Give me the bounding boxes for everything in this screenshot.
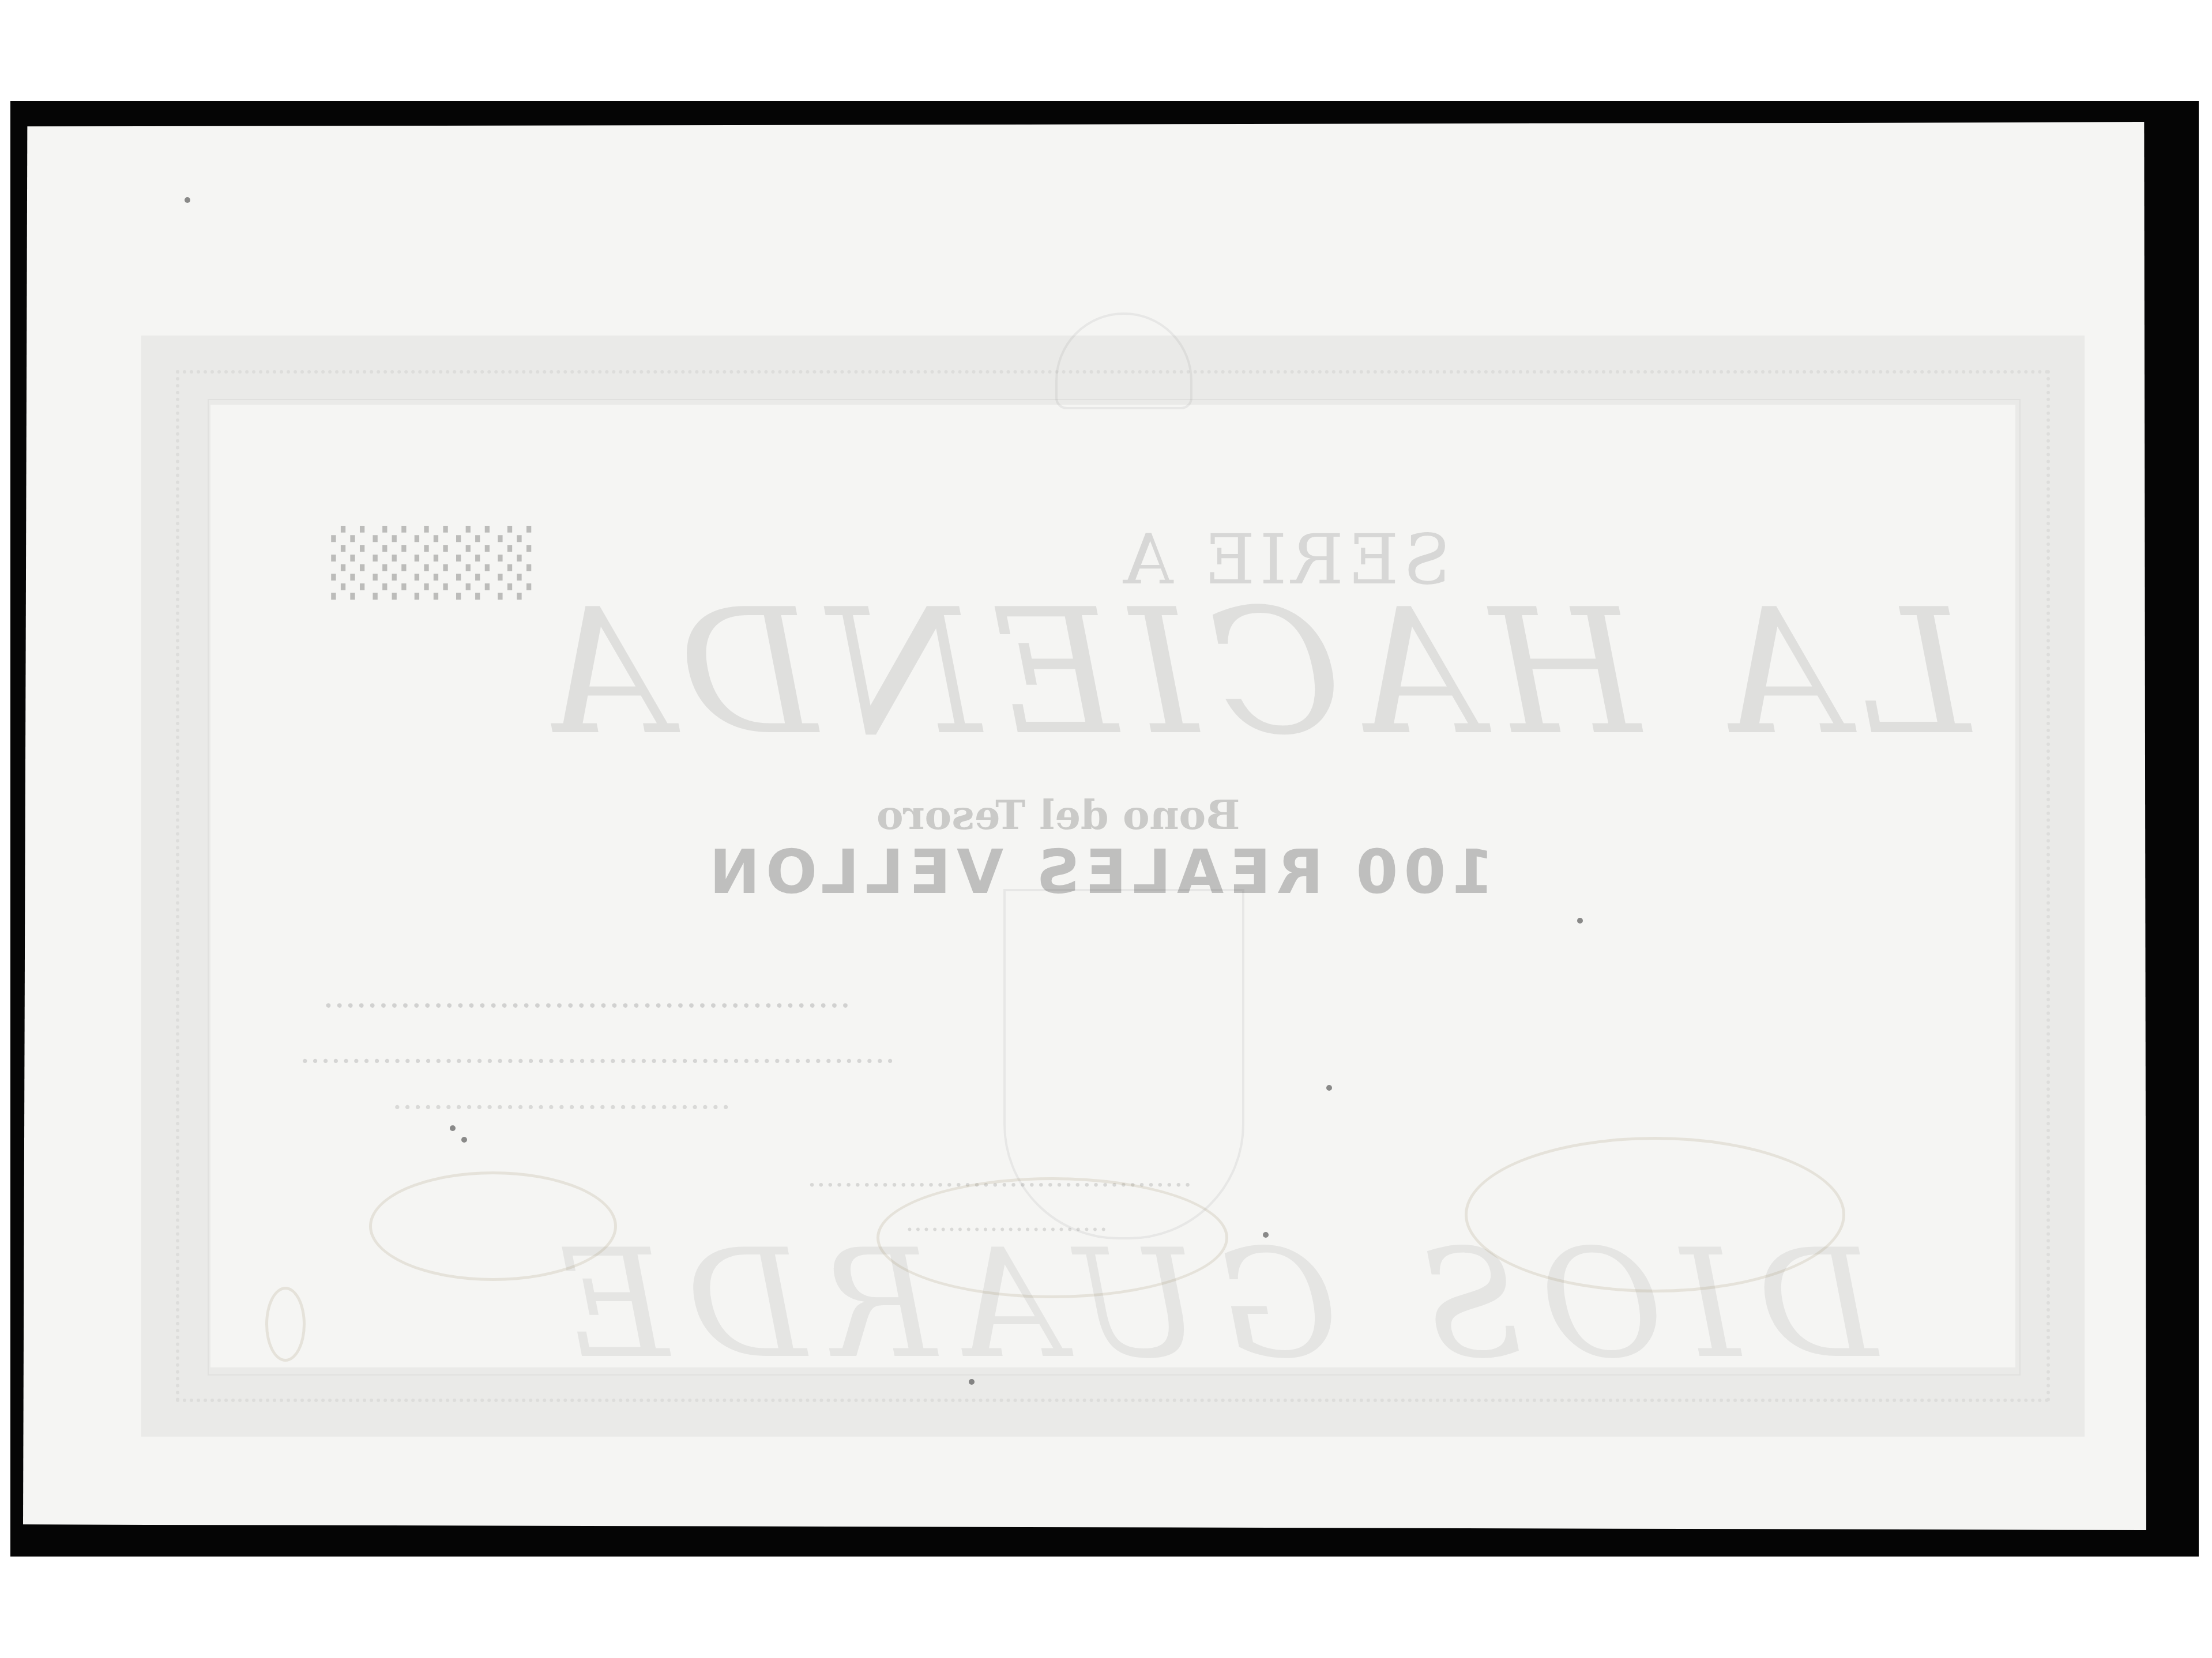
signature-mark xyxy=(876,1177,1228,1298)
ink-speck xyxy=(450,1125,456,1131)
ink-speck xyxy=(461,1137,467,1143)
ink-speck xyxy=(1263,1232,1269,1238)
body-text-line: ........................................… xyxy=(323,975,851,1016)
heading-hacienda: LA HACIENDA xyxy=(531,572,1970,773)
ink-speck xyxy=(185,197,190,203)
signature-mark xyxy=(265,1287,306,1362)
body-text-line: ........................................… xyxy=(300,1033,895,1071)
ink-speck xyxy=(1326,1085,1332,1091)
denomination-label: 100 REALES VELLON xyxy=(704,837,1494,907)
signature-mark xyxy=(369,1171,617,1281)
body-text-line: ................................. xyxy=(392,1079,731,1117)
ink-speck xyxy=(1577,918,1583,924)
crown-emblem-icon xyxy=(1055,312,1192,409)
signature-mark xyxy=(1465,1137,1845,1293)
serial-number: ░░░░░ xyxy=(323,526,531,600)
issuer-label: Bono del Tesoro xyxy=(876,791,1240,839)
ink-speck xyxy=(969,1379,975,1385)
banknote-paper: ░░░░░ SERIE A LA HACIENDA Bono del Tesor… xyxy=(23,122,2146,1533)
